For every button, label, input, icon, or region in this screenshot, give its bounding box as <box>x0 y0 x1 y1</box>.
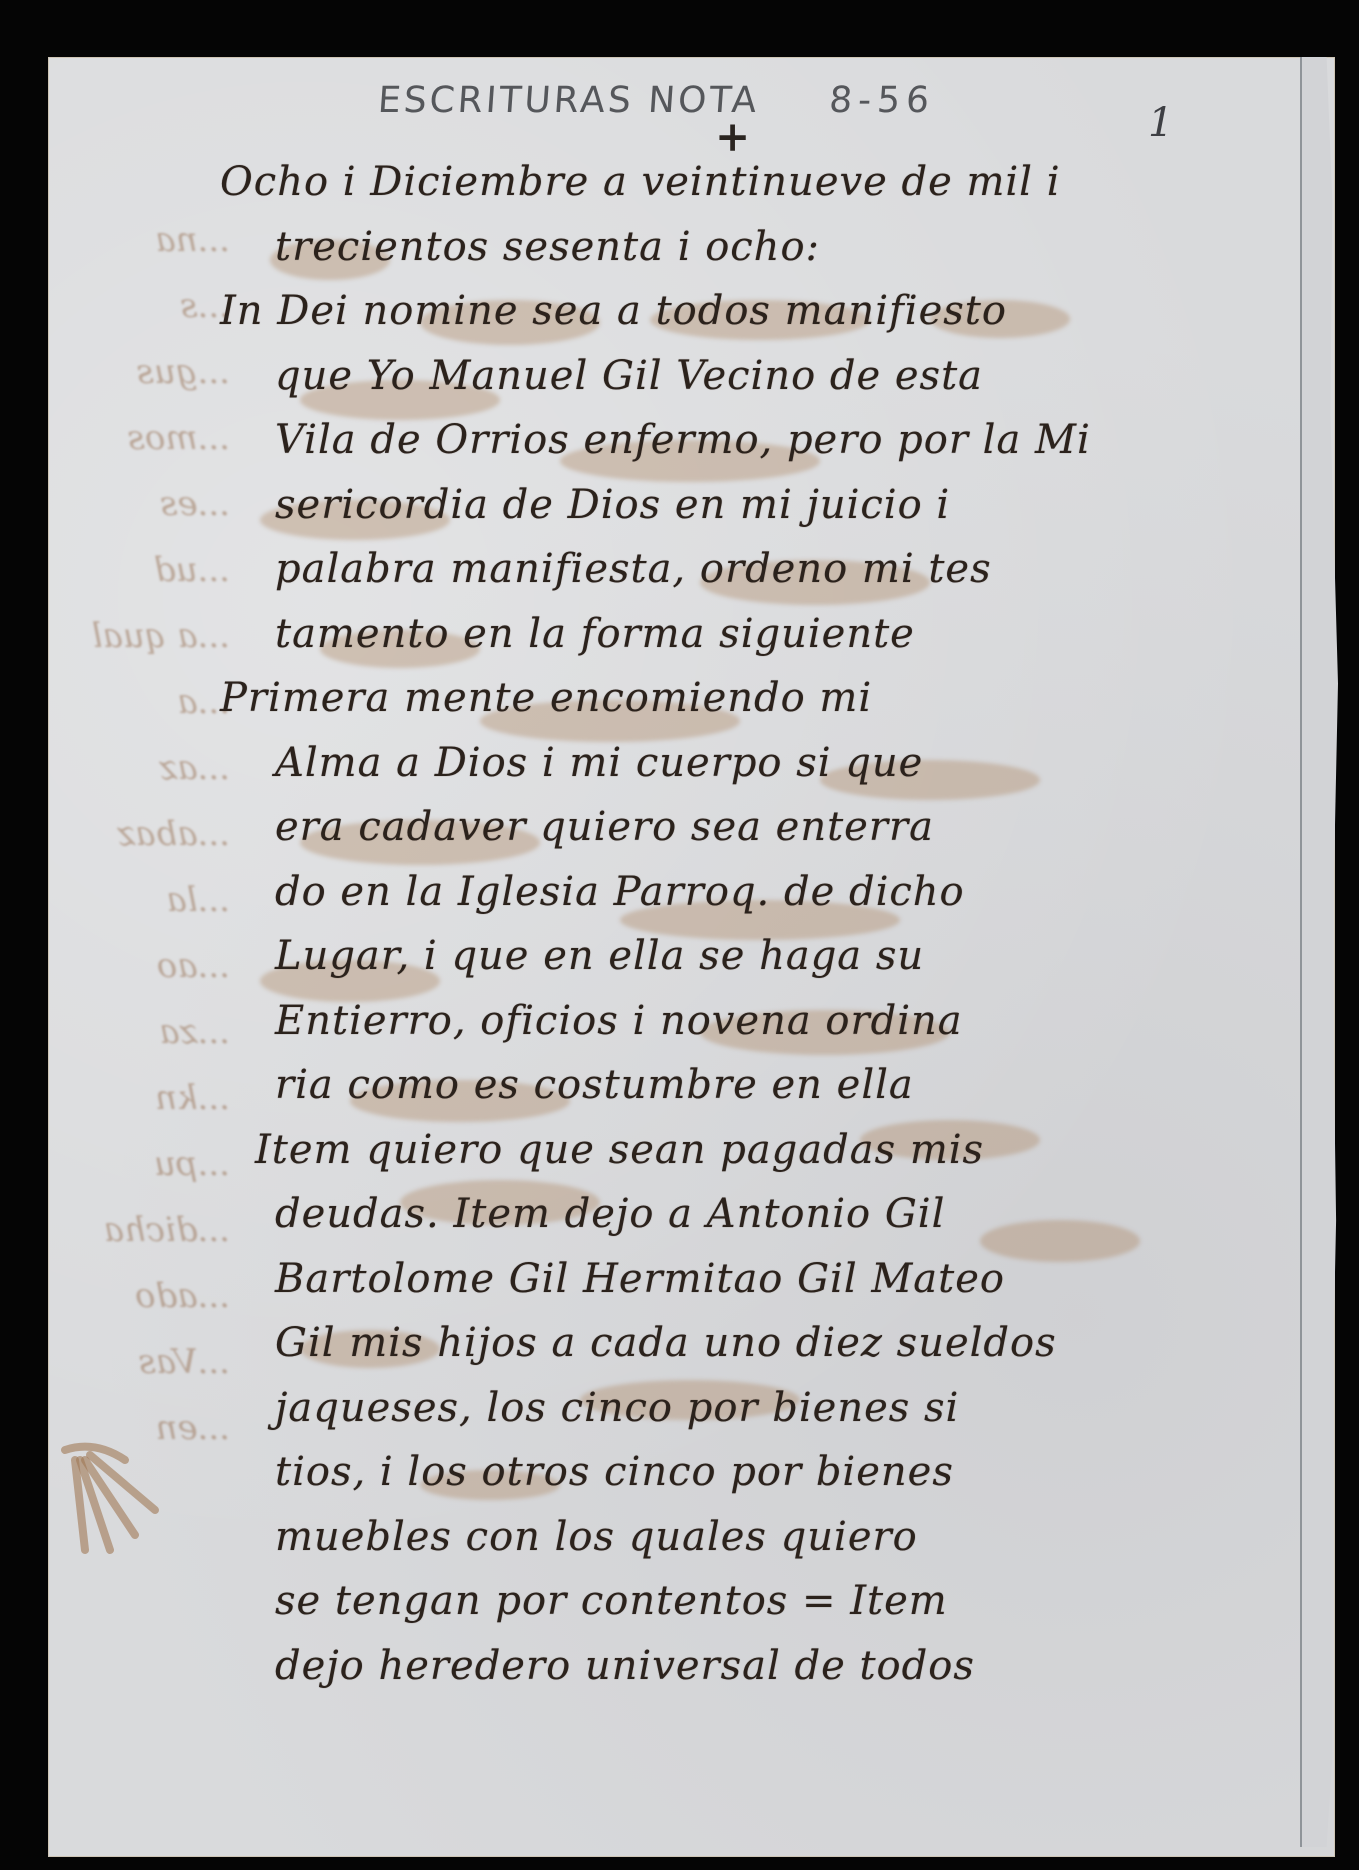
text-line: Vila de Orrios enfermo, pero por la Mi <box>220 408 1300 473</box>
text-line: tios, i los otros cinco por bienes <box>220 1440 1300 1505</box>
folio-number: 1 <box>1148 100 1173 146</box>
text-line: tamento en la forma siguiente <box>220 602 1300 667</box>
margin-bleed-through: ...na ...s ...gus ...mos ...es ...ud ...… <box>60 220 230 1474</box>
text-line: palabra manifiesta, ordeno mi tes <box>220 537 1300 602</box>
text-line: Lugar, i que en ella se haga su <box>220 924 1300 989</box>
manuscript-body: Ocho i Diciembre a veintinueve de mil i … <box>220 150 1300 1698</box>
text-line: se tengan por contentos = Item <box>220 1569 1300 1634</box>
text-line: do en la Iglesia Parroq. de dicho <box>220 860 1300 925</box>
text-line: que Yo Manuel Gil Vecino de esta <box>220 344 1300 409</box>
text-line: Primera mente encomiendo mi <box>220 666 1300 731</box>
text-line: deudas. Item dejo a Antonio Gil <box>220 1182 1300 1247</box>
text-line: Gil mis hijos a cada uno diez sueldos <box>220 1311 1300 1376</box>
margin-flourish-icon <box>55 1440 165 1560</box>
text-line: sericordia de Dios en mi juicio i <box>220 473 1300 538</box>
text-line: era cadaver quiero sea enterra <box>220 795 1300 860</box>
text-line: dejo heredero universal de todos <box>220 1634 1300 1699</box>
archive-reference: 8-56 <box>828 80 937 121</box>
text-line: Item quiero que sean pagadas mis <box>220 1118 1300 1183</box>
text-line: Bartolome Gil Hermitao Gil Mateo <box>220 1247 1300 1312</box>
text-line: jaqueses, los cinco por bienes si <box>220 1376 1300 1441</box>
text-line: Ocho i Diciembre a veintinueve de mil i <box>220 150 1300 215</box>
text-line: trecientos sesenta i ocho: <box>220 215 1300 280</box>
text-line: In Dei nomine sea a todos manifiesto <box>220 279 1300 344</box>
text-line: Entierro, oficios i novena ordina <box>220 989 1300 1054</box>
text-line: muebles con los quales quiero <box>220 1505 1300 1570</box>
archive-label-text: ESCRITURAS NOTA <box>377 80 761 121</box>
text-line: Alma a Dios i mi cuerpo si que <box>220 731 1300 796</box>
text-line: ria como es costumbre en ella <box>220 1053 1300 1118</box>
archive-label: ESCRITURAS NOTA8-56 <box>377 80 937 121</box>
